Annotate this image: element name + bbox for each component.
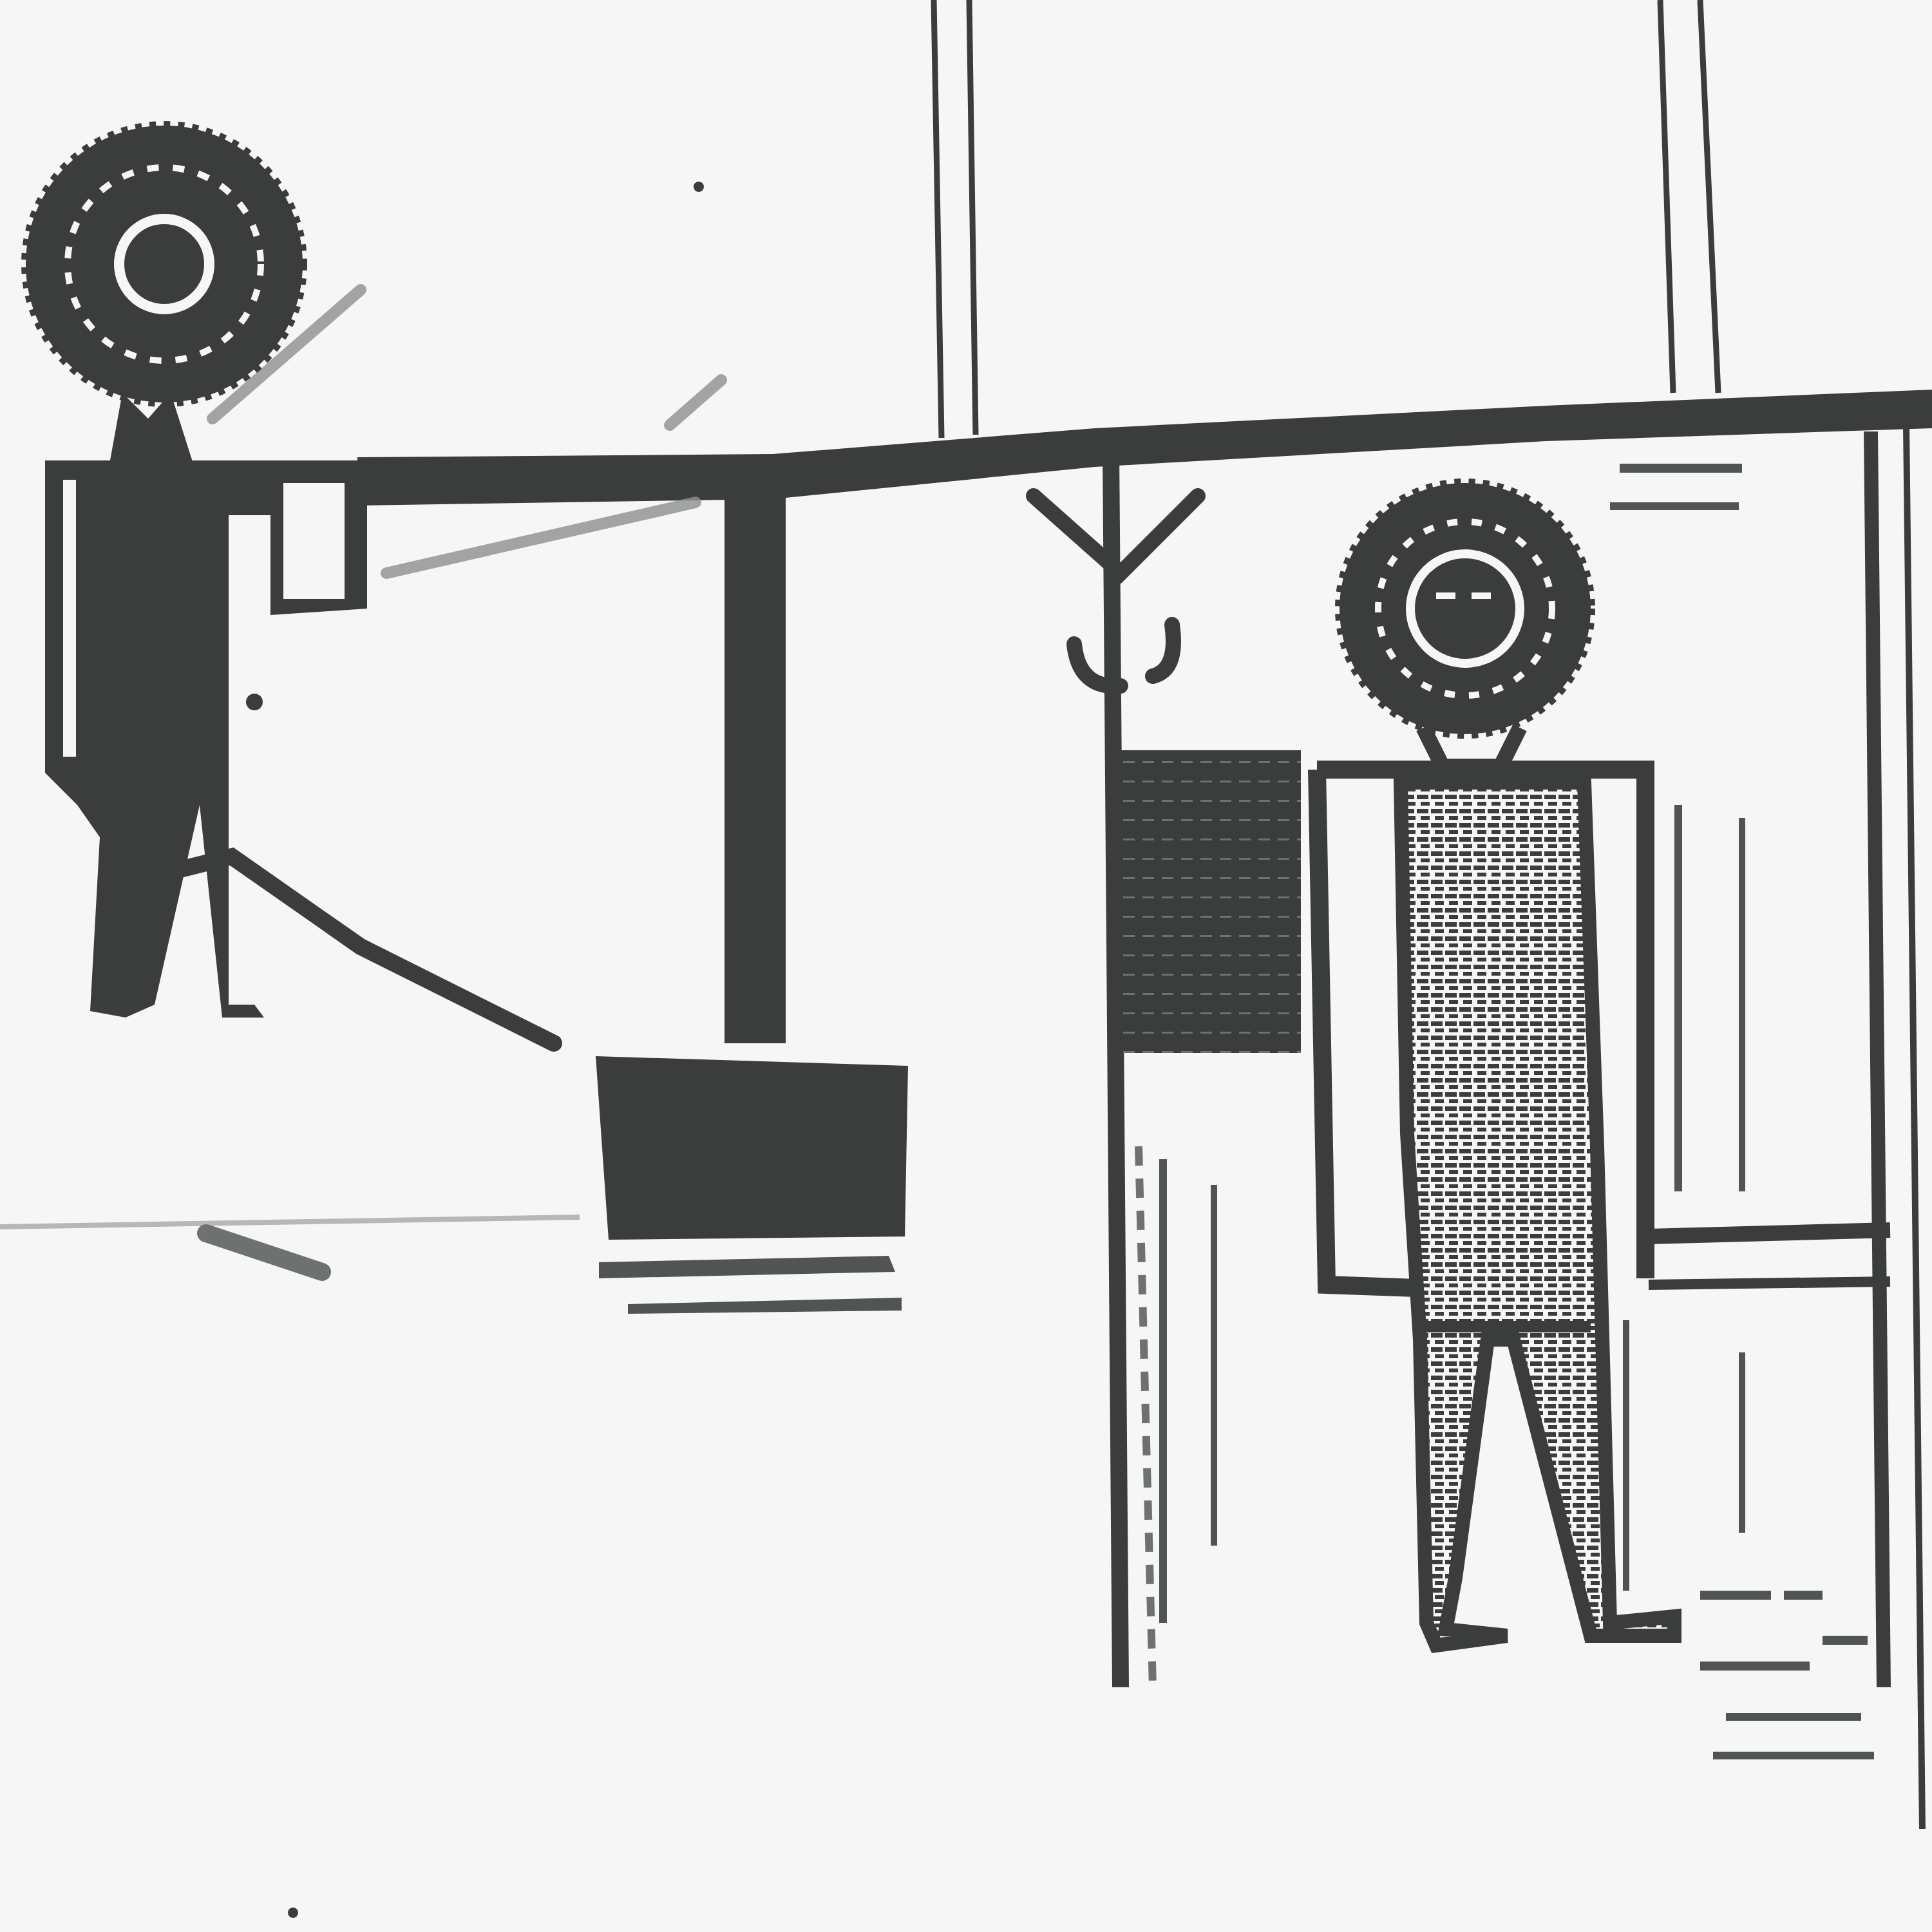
hanging-box <box>1121 750 1301 1053</box>
rock-art-drawing <box>0 0 1932 1932</box>
dot <box>694 182 704 192</box>
center-pole <box>1111 451 1121 1687</box>
dot <box>246 694 263 710</box>
left-figure-head <box>26 126 303 402</box>
dot <box>288 1908 298 1918</box>
right-figure-head <box>1340 483 1591 734</box>
